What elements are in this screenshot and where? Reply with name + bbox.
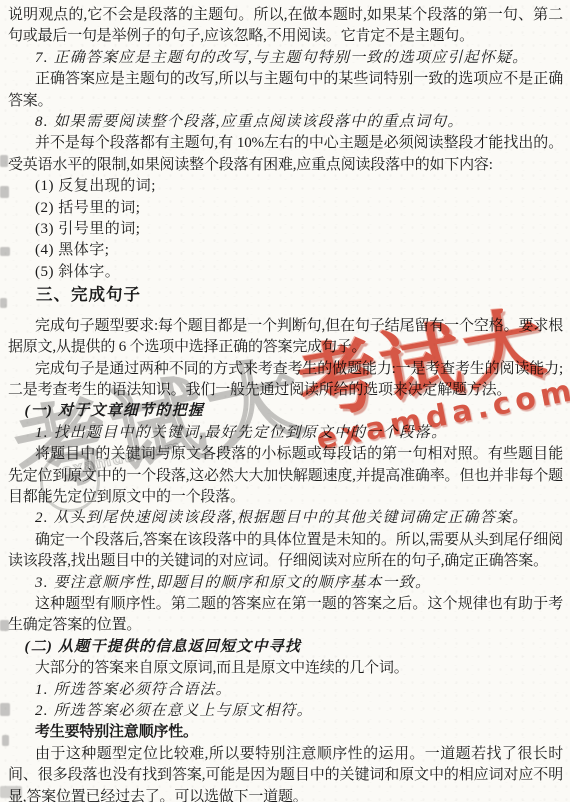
paragraph: 并不是每个段落都有主题句,有 10%左右的中心主题是必须阅读整段才能找出的。受英… <box>8 133 563 176</box>
paragraph: (1) 反复出现的词; <box>8 176 563 197</box>
paragraph: 由于这种题型定位比较难,所以要特别注意顺序性的运用。一道题若找了很长时间、很多段… <box>8 744 563 802</box>
paragraph: 3. 要注意顺序性,即题目的顺序和原文的顺序基本一致。 <box>8 573 563 594</box>
paragraph: 1. 找出题目中的关键词,最好先定位到原文中的一个段落。 <box>8 423 563 444</box>
paragraph: (二) 从题干提供的信息返回短文中寻找 <box>8 637 563 658</box>
paragraph: 正确答案应是主题句的改写,所以与主题句中的某些词特别一致的选项应不是正确答案。 <box>8 69 563 112</box>
paragraph: (5) 斜体字。 <box>8 262 563 283</box>
paragraph: 7. 正确答案应是主题句的改写,与主题句特别一致的选项应引起怀疑。 <box>8 48 563 69</box>
scan-artifact <box>0 298 7 308</box>
paragraph: 说明观点的,它不会是段落的主题句。所以,在做本题时,如果某个段落的第一句、第二句… <box>8 5 563 48</box>
document-text: 说明观点的,它不会是段落的主题句。所以,在做本题时,如果某个段落的第一句、第二句… <box>8 5 563 802</box>
paragraph: (一) 对于文章细节的把握 <box>8 401 563 422</box>
scan-artifact <box>0 155 8 167</box>
section-heading: 三、完成句子 <box>8 284 563 305</box>
paragraph: 考生要特别注意顺序性。 <box>8 722 563 743</box>
paragraph: 确定一个段落后,答案在该段落中的具体位置是未知的。所以,需要从头到尾仔细阅读该段… <box>8 530 563 573</box>
paragraph: 完成句子是通过两种不同的方式来考查考生的做题能力:一是考查考生的阅读能力;二是考… <box>8 359 563 402</box>
paragraph: 将题目中的关键词与原文各段落的小标题或每段话的第一句相对照。有些题目能先定位到原… <box>8 444 563 508</box>
paragraph: (3) 引号里的词; <box>8 219 563 240</box>
paragraph: (4) 黑体字; <box>8 240 563 261</box>
paragraph: 大部分的答案来自原文原词,而且是原文中连续的几个词。 <box>8 658 563 679</box>
paragraph: 8. 如果需要阅读整个段落,应重点阅读该段落中的重点词句。 <box>8 112 563 133</box>
paragraph: 这种题型有顺序性。第二题的答案应在第一题的答案之后。这个规律也有助于考生确定答案… <box>8 594 563 637</box>
paragraph: 完成句子题型要求:每个题目都是一个判断句,但在句子结尾留有一个空格。要求根据原文… <box>8 316 563 359</box>
paragraph: 2. 所选答案必须在意义上与原文相符。 <box>8 701 563 722</box>
paragraph: (2) 括号里的词; <box>8 198 563 219</box>
paragraph: 1. 所选答案必须符合语法。 <box>8 680 563 701</box>
paragraph: 2. 从头到尾快速阅读该段落,根据题目中的其他关键词确定正确答案。 <box>8 508 563 529</box>
